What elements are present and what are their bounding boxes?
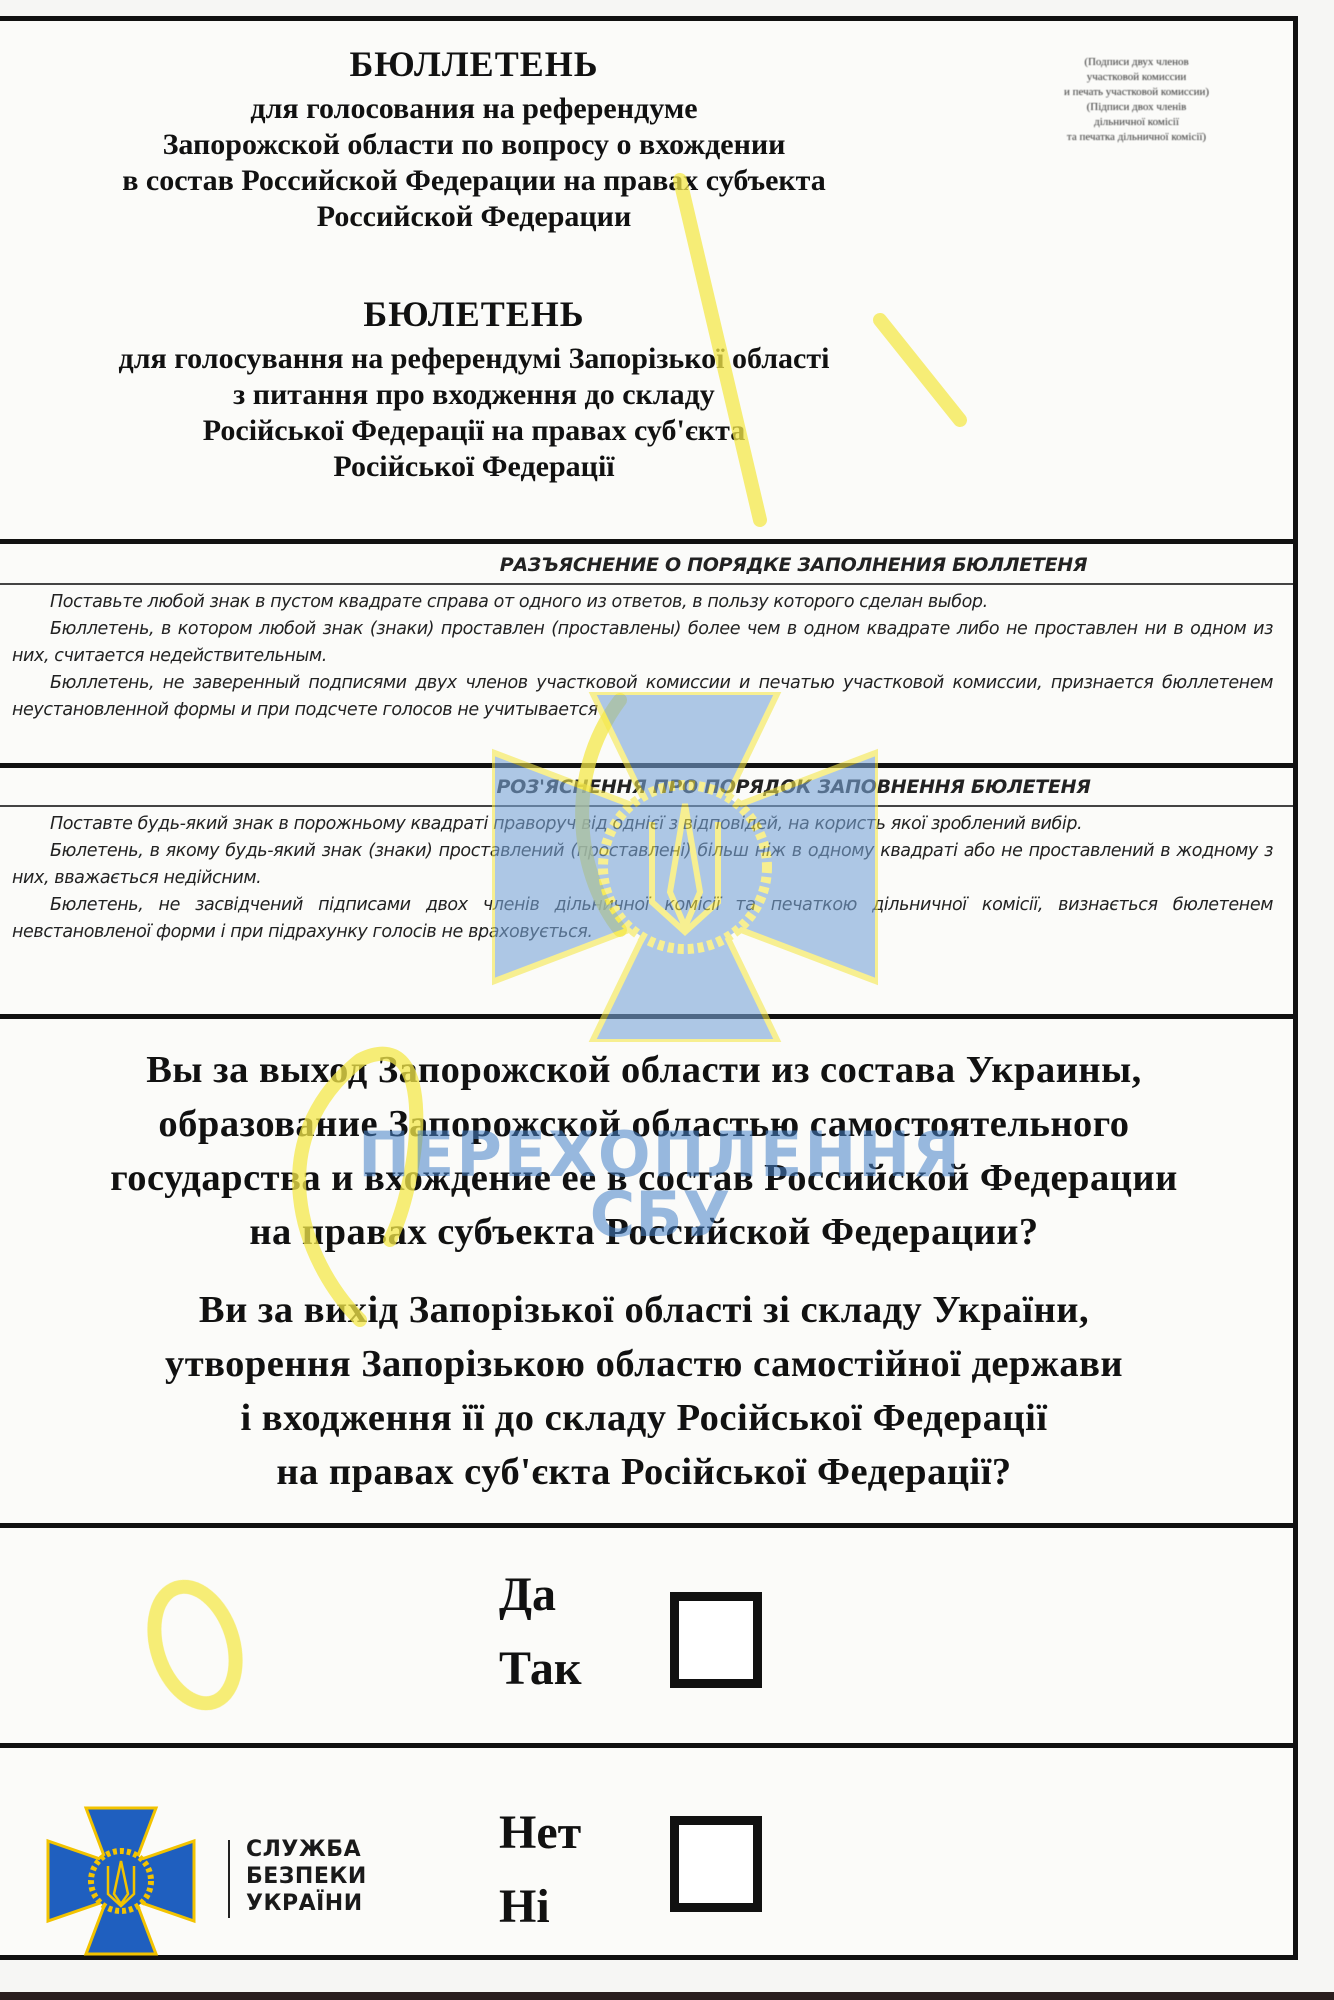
- question-ua: Ви за вихід Запорізької області зі склад…: [0, 1283, 1294, 1499]
- bottom-edge: [0, 1992, 1334, 2000]
- signature-note-line: дільничної комісії: [994, 115, 1279, 130]
- sbu-cross-icon: [46, 1806, 196, 1956]
- ru-line: Запорожской области по вопросу о вхожден…: [0, 127, 954, 163]
- ru-explanation-paragraph: Бюллетень, не заверенный подписями двух …: [12, 670, 1273, 724]
- ua-title-block: БЮЛЕТЕНЬ для голосування на референдумі …: [0, 293, 954, 485]
- ua-title: БЮЛЕТЕНЬ: [0, 293, 954, 335]
- ru-title-block: БЮЛЛЕТЕНЬ для голосования на референдуме…: [0, 43, 954, 235]
- question-line: Вы за выход Запорожской области из соста…: [0, 1043, 1294, 1097]
- ru-explanation-paragraph: Бюллетень, в котором любой знак (знаки) …: [12, 616, 1273, 670]
- question-line: образование Запорожской областью самосто…: [0, 1097, 1294, 1151]
- ua-line: Російської Федерації на правах суб'єкта: [0, 413, 954, 449]
- ru-line: для голосования на референдуме: [0, 91, 954, 127]
- divider: [0, 539, 1293, 544]
- ru-explanation-heading: РАЗЪЯСНЕНИЕ О ПОРЯДКЕ ЗАПОЛНЕНИЯ БЮЛЛЕТЕ…: [0, 549, 1293, 581]
- answer-no-ru: Нет: [499, 1796, 609, 1870]
- answer-row-yes: Да Так: [0, 1528, 1293, 1743]
- signature-note-line: (Подписи двух членов: [994, 55, 1279, 70]
- ua-explanation-paragraph: Бюлетень, не засвідчений підписами двох …: [12, 892, 1273, 946]
- divider: [0, 1014, 1293, 1019]
- sbu-logo-text: СЛУЖБА БЕЗПЕКИ УКРАЇНИ: [246, 1836, 367, 1917]
- divider: [0, 583, 1293, 585]
- logo-line: УКРАЇНИ: [246, 1890, 367, 1917]
- logo-line: СЛУЖБА: [246, 1836, 367, 1863]
- logo-separator: [228, 1840, 230, 1918]
- ballot-header: БЮЛЛЕТЕНЬ для голосования на референдуме…: [0, 21, 1293, 541]
- ru-line: Российской Федерации: [0, 199, 954, 235]
- signature-note: (Подписи двух членов участковой комиссии…: [994, 55, 1279, 145]
- ru-explanation-body: Поставьте любой знак в пустом квадрате с…: [12, 589, 1273, 724]
- answer-no-ua: Ні: [499, 1870, 609, 1944]
- signature-note-line: (Підписи двох членів: [994, 100, 1279, 115]
- ru-explanation-paragraph: Поставьте любой знак в пустом квадрате с…: [12, 589, 1273, 616]
- ua-line: для голосування на референдумі Запорізьк…: [0, 341, 954, 377]
- signature-note-line: та печатка дільничної комісії): [994, 130, 1279, 145]
- signature-note-line: участковой комиссии: [994, 70, 1279, 85]
- ua-explanation-paragraph: Поставте будь-який знак в порожньому ква…: [12, 811, 1273, 838]
- question-line: государства и вхождение ее в состав Росс…: [0, 1151, 1294, 1205]
- answer-no-label: Нет Ні: [499, 1796, 609, 1944]
- ru-line: в состав Российской Федерации на правах …: [0, 163, 954, 199]
- ua-line: з питання про входження до складу: [0, 377, 954, 413]
- question-line: і входження її до складу Російської Феде…: [0, 1391, 1294, 1445]
- ua-explanation-heading: РОЗ'ЯСНЕННЯ ПРО ПОРЯДОК ЗАПОВНЕННЯ БЮЛЕТ…: [0, 771, 1293, 803]
- divider: [0, 805, 1293, 807]
- question-line: утворення Запорізькою областю самостійно…: [0, 1337, 1294, 1391]
- ballot-sheet: БЮЛЛЕТЕНЬ для голосования на референдуме…: [0, 16, 1298, 1960]
- question-ru: Вы за выход Запорожской области из соста…: [0, 1043, 1294, 1259]
- answer-yes-ru: Да: [499, 1558, 609, 1632]
- divider: [0, 763, 1293, 768]
- answer-yes-ua: Так: [499, 1632, 609, 1706]
- question-line: на правах суб'єкта Російської Федерації?: [0, 1445, 1294, 1499]
- ua-explanation-paragraph: Бюлетень, в якому будь-який знак (знаки)…: [12, 838, 1273, 892]
- ua-explanation-body: Поставте будь-який знак в порожньому ква…: [12, 811, 1273, 946]
- answer-yes-label: Да Так: [499, 1558, 609, 1706]
- question-line: на правах субъекта Российской Федерации?: [0, 1205, 1294, 1259]
- checkbox-yes[interactable]: [670, 1592, 762, 1688]
- sbu-logo: СЛУЖБА БЕЗПЕКИ УКРАЇНИ: [46, 1806, 386, 1956]
- question-line: Ви за вихід Запорізької області зі склад…: [0, 1283, 1294, 1337]
- ru-title: БЮЛЛЕТЕНЬ: [0, 43, 954, 85]
- signature-note-line: и печать участковой комиссии): [994, 85, 1279, 100]
- logo-line: БЕЗПЕКИ: [246, 1863, 367, 1890]
- ua-line: Російської Федерації: [0, 449, 954, 485]
- checkbox-no[interactable]: [670, 1816, 762, 1912]
